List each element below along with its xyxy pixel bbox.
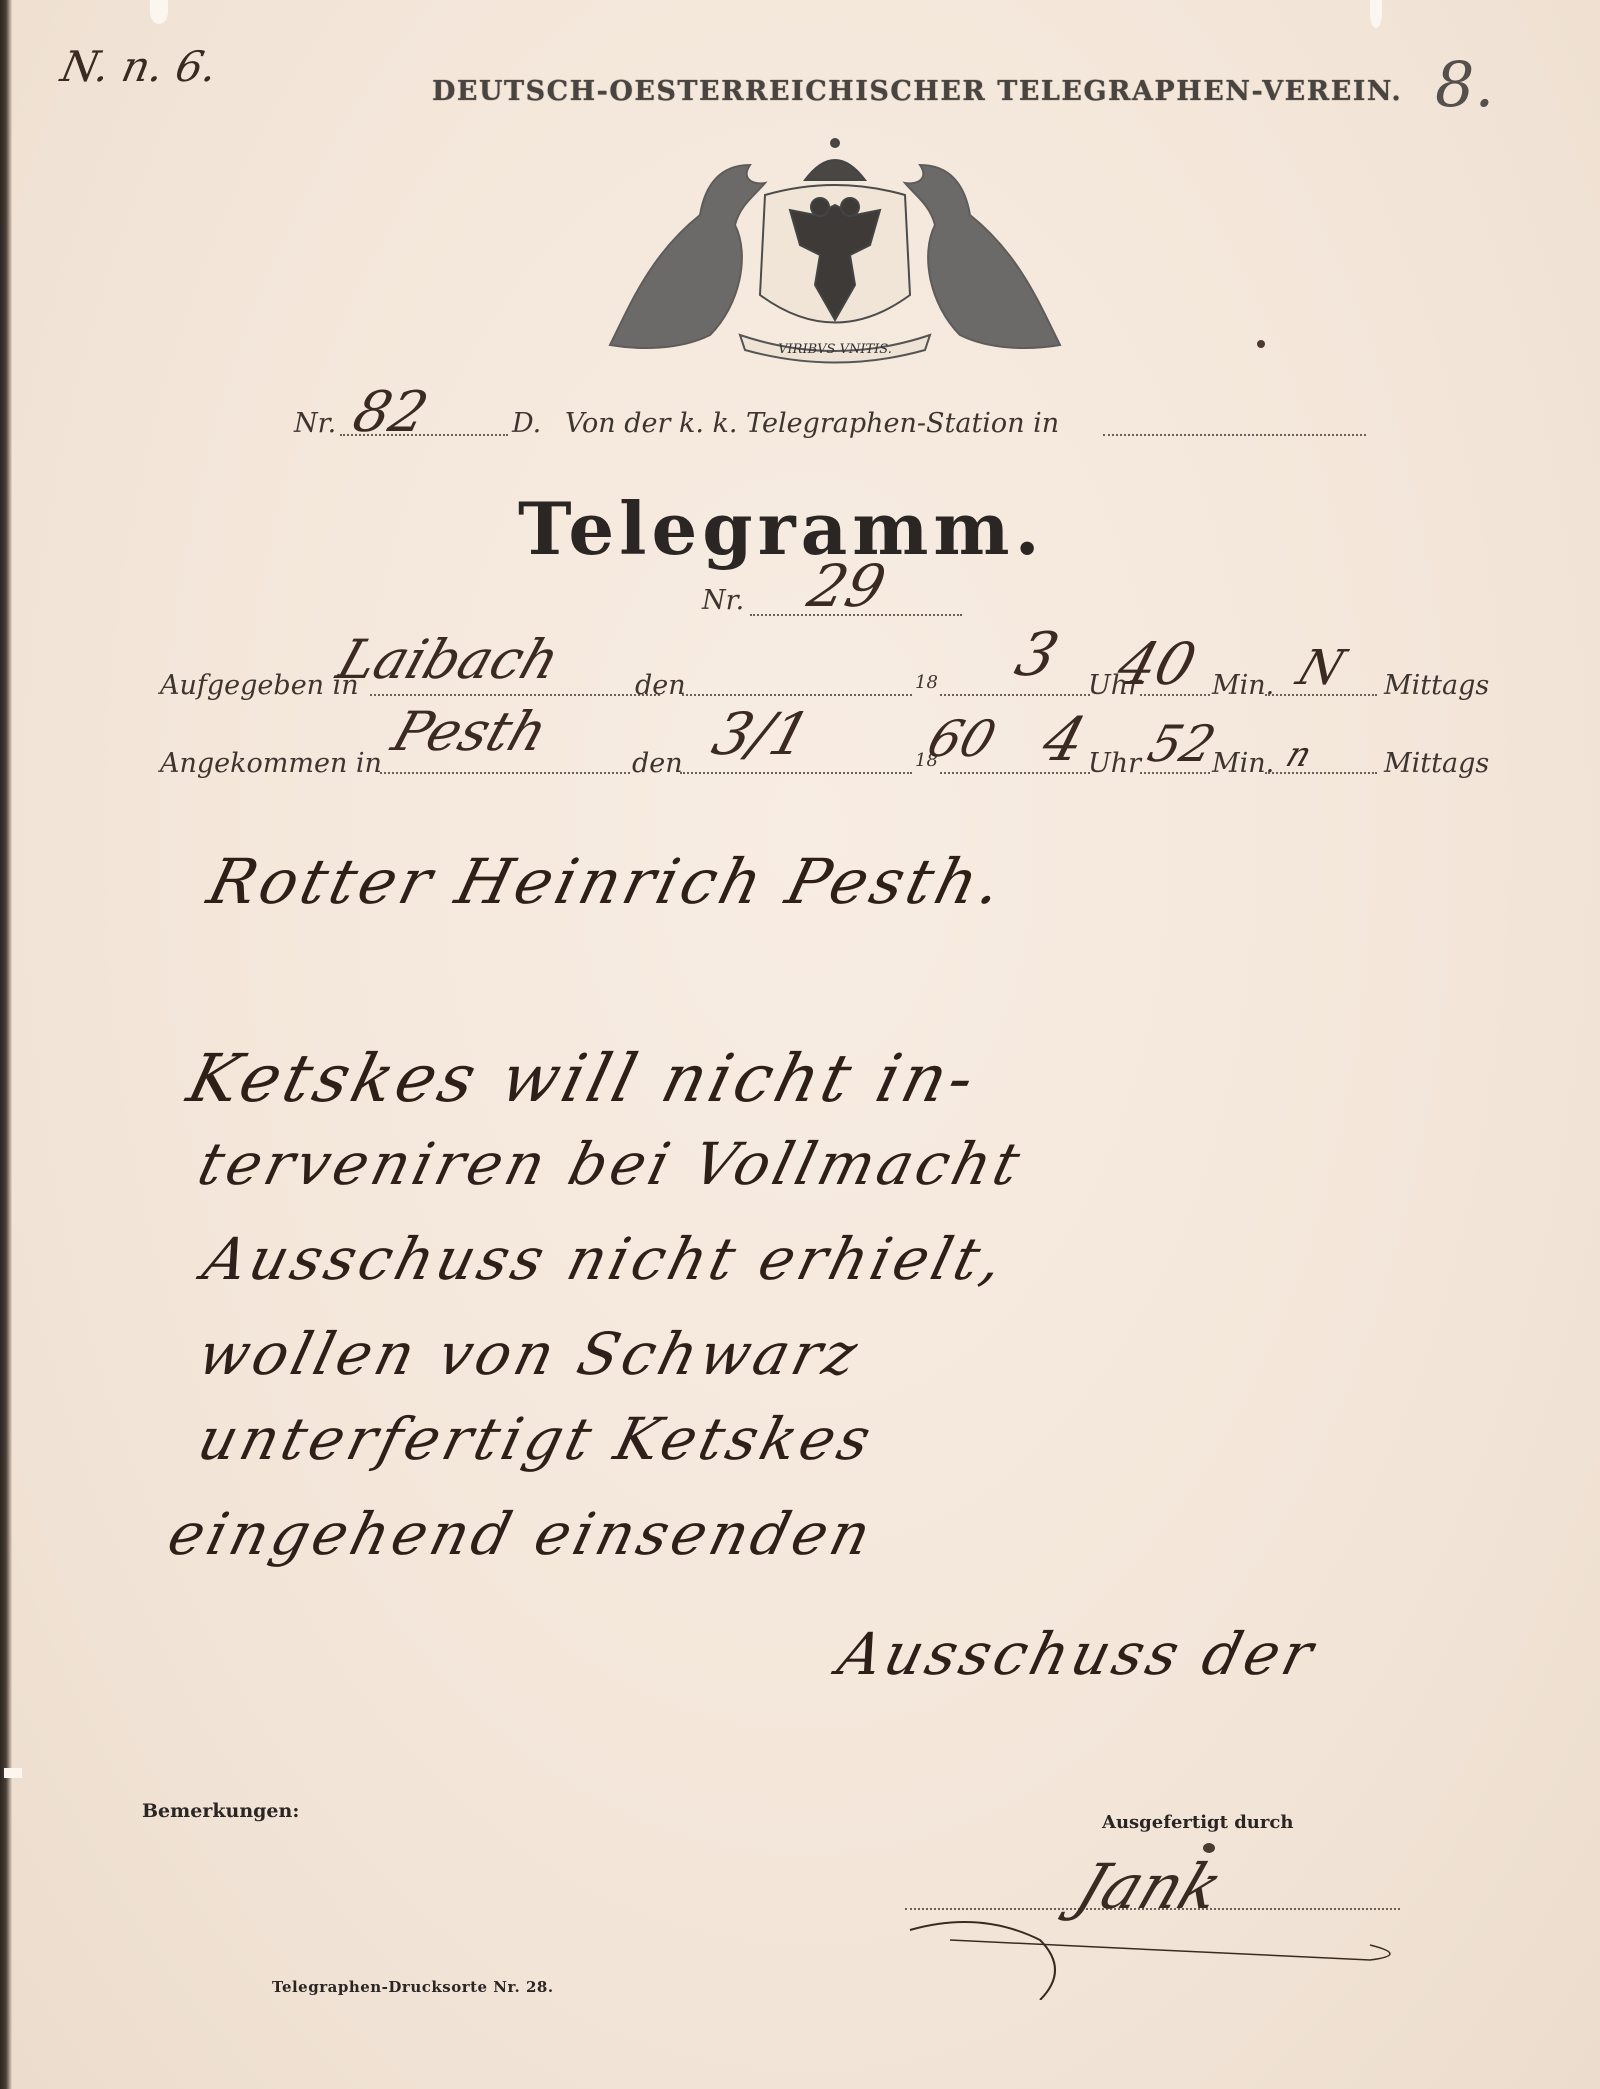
angekommen-place-field (380, 772, 630, 774)
aufgegeben-place-value: Laibach (330, 628, 568, 691)
station-suffix: D. (512, 408, 541, 439)
aufgegeben-year-prefix: 18 (915, 672, 938, 693)
message-signature: Ausschuss der (832, 1620, 1324, 1688)
angekommen-den-label: den (632, 748, 683, 779)
message-line-6: eingehend einsenden (162, 1500, 882, 1568)
angekommen-date-value: 3/1 (705, 700, 818, 768)
angekommen-min-label: Min. (1212, 748, 1274, 779)
angekommen-place-value: Pesth (385, 700, 556, 763)
message-line-4: wollen von Schwarz (192, 1320, 868, 1388)
aufgegeben-den-label: den (635, 670, 686, 701)
angekommen-uhr-label: Uhr (1088, 748, 1141, 779)
message-line-3: Ausschuss nicht erhielt, (197, 1225, 1014, 1293)
ink-spot (1257, 340, 1265, 348)
aufgegeben-year-field (940, 694, 1090, 696)
signature-flourish-icon (890, 1900, 1410, 2000)
archive-mark-top-left: N. n. 6. (57, 42, 222, 91)
archive-mark-top-right: 8. (1435, 48, 1494, 121)
station-line-text: Von der k. k. Telegraphen-Station in (565, 408, 1059, 439)
double-eagle-crest-icon: VIRIBVS VNITIS. (590, 135, 1080, 365)
issued-by-label: Ausgefertigt durch (1102, 1812, 1293, 1833)
aufgegeben-label: Aufgegeben in (160, 670, 359, 701)
aufgegeben-min-label: Min. (1212, 670, 1274, 701)
angekommen-date-field (680, 772, 912, 774)
union-name-header: DEUTSCH-OESTERREICHISCHER TELEGRAPHEN-VE… (432, 76, 1402, 107)
message-line-5: unterfertigt Ketskes (192, 1405, 882, 1473)
angekommen-mittags-label: Mittags (1384, 748, 1489, 779)
paper-tear-top-right (1370, 0, 1382, 28)
remarks-label: Bemerkungen: (142, 1800, 299, 1822)
recipient-address: Rotter Heinrich Pesth. (201, 845, 1013, 918)
page-title: Telegramm. (518, 486, 1045, 571)
telegram-nr-label: Nr. (702, 585, 744, 616)
message-line-2: terveniren bei Vollmacht (192, 1130, 1031, 1198)
message-line-1: Ketskes will nicht in- (180, 1040, 985, 1117)
crest-motto: VIRIBVS VNITIS. (778, 342, 892, 357)
aufgegeben-place-field (370, 694, 660, 696)
angekommen-label: Angekommen in (160, 748, 382, 779)
paper-tear-left (4, 1768, 22, 1778)
aufgegeben-date-field (682, 694, 912, 696)
form-number: Telegraphen-Drucksorte Nr. 28. (272, 1978, 554, 1996)
aufgegeben-mittags-label: Mittags (1384, 670, 1489, 701)
paper-tear-top (150, 0, 168, 24)
station-name-field (1103, 434, 1366, 436)
station-nr-label: Nr. (294, 408, 336, 439)
